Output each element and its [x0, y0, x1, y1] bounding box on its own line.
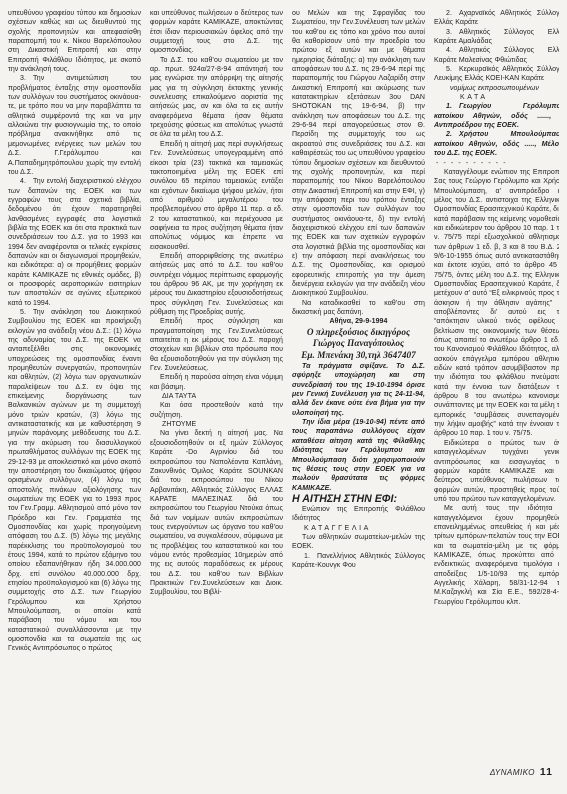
editorial-note: Τα πράγματα σφίξανε. Το Δ.Σ. σφύρηξε υπο… — [292, 362, 425, 418]
defendant-item: 2. Χρήστου Μπουλούμπαση, κατοίκου Αθηνών… — [434, 130, 559, 158]
legal-heading: ΚΑΤΑ — [434, 93, 559, 102]
magazine-page: υπευθύνου γραφείου τύπου και δημοσίων σχ… — [0, 0, 567, 794]
body-paragraph: Και όσα προστεθούν κατά την συζήτηση. — [150, 401, 283, 420]
body-paragraph: Ειδικώτερα ο πρώτος των άνω καταγγελομέν… — [434, 439, 559, 504]
body-paragraph: και υπεύθυνος πωλήσεων ο δεύτερος των φο… — [150, 9, 283, 56]
lawyer-signature: Ο πληρεξούσιος δικηγόρος Γιώργος Παναγόπ… — [292, 327, 425, 362]
list-item: 4. Αθλητικός Σύλλογος Ελλάς Καράτε Μαλεσ… — [434, 46, 559, 65]
body-paragraph: Ενώπιον της Επιτροπής Φιλάθλου Ιδιότητος — [292, 505, 425, 524]
article-columns: υπευθύνου γραφείου τύπου και δημοσίων σχ… — [8, 9, 559, 747]
legal-heading: ΖΗΤΟΥΜΕ — [150, 420, 283, 429]
body-paragraph: Επειδή προς σύγκληση και πραγματοποίηση … — [150, 317, 283, 373]
date-line: Αθήνα, 29-9-1994 — [292, 317, 425, 326]
body-paragraph: Επειδή απορριφθείσης της ανωτέρω αιτήσεώ… — [150, 252, 283, 317]
list-item: 3. Την αντιμετώπιση του προβλήματος έντα… — [8, 74, 141, 177]
body-paragraph: Να καταδικασθεί το καθ’ου στη δικαστική … — [292, 299, 425, 318]
body-paragraph: νομίμως εκπροσωπουμένων — [434, 84, 559, 93]
page-footer: ΔΥΝΑΜΙΚΟ 11 — [490, 766, 553, 778]
text-column-1: υπευθύνου γραφείου τύπου και δημοσίων σχ… — [8, 9, 141, 747]
legal-heading: ΔΙΑ ΤΑΥΤΑ — [150, 392, 283, 401]
body-paragraph: Να γίνει δεκτή η αίτησή μας. Να εξουσιοδ… — [150, 429, 283, 597]
list-item: 2. Αχαρναϊκός Αθλητικός Σύλλογος Ελλάς Κ… — [434, 9, 559, 28]
magazine-name: ΔΥΝΑΜΙΚΟ — [490, 768, 535, 777]
text-column-3: ου Μελών και της Σφραγίδας του Σωματείου… — [292, 9, 425, 747]
legal-heading: ΚΑΤΑΓΓΕΛΙΑ — [292, 524, 425, 533]
editorial-note: Την ίδια μέρα (19-10-94) πέντε από τους … — [292, 418, 425, 493]
page-number: 11 — [540, 766, 553, 778]
defendant-item: 1. Γεωργίου Γερόλυμπου, κατοίκου Αθηνών,… — [434, 102, 559, 130]
body-paragraph: Καταγγέλουμε ενώπιον της Επιτροπής Σας τ… — [434, 168, 559, 439]
separator-dashes: - - - - - - - - - - — [434, 159, 559, 168]
body-paragraph: Επειδή η αίτησή μας περί συγκλήσεως Γεν.… — [150, 140, 283, 252]
body-paragraph: υπευθύνου γραφείου τύπου και δημοσίων σχ… — [8, 9, 141, 74]
text-column-2: και υπεύθυνος πωλήσεων ο δεύτερος των φο… — [150, 9, 283, 747]
section-heading: Η ΑΙΤΗΣΗ ΣΤΗΝ ΕΦΙ: — [292, 493, 425, 505]
body-paragraph: ου Μελών και της Σφραγίδας του Σωματείου… — [292, 9, 425, 299]
text-column-4: 2. Αχαρναϊκός Αθλητικός Σύλλογος Ελλάς Κ… — [434, 9, 559, 747]
list-item: 1. Πανελλήνιος Αθλητικός Σύλλογος Καράτε… — [292, 552, 425, 571]
list-item: 3. Αθλητικός Σύλλογος Ελλάς Καράτε Αμαλι… — [434, 28, 559, 47]
body-paragraph: Το Δ.Σ. του καθ’ου σωματείου με τον αρ. … — [150, 56, 283, 140]
body-paragraph: Με αυτή τους την ιδιότητα οι καταγγελόμε… — [434, 504, 559, 607]
body-paragraph: Επειδή η παρούσα αίτηση είναι νόμιμη και… — [150, 373, 283, 392]
body-paragraph: Των αθλητικών σωματείων-μελών της ΕΟΕΚ. — [292, 533, 425, 552]
list-item: 5. Την ανάκληση του Διοικητικού Συμβουλί… — [8, 308, 141, 654]
list-item: 5. Κερκυραϊκός Αθλητικός Σύλλογος Λευκίμ… — [434, 65, 559, 84]
list-item: 4. Την εντολή διαχειριστικού ελέγχου των… — [8, 177, 141, 308]
